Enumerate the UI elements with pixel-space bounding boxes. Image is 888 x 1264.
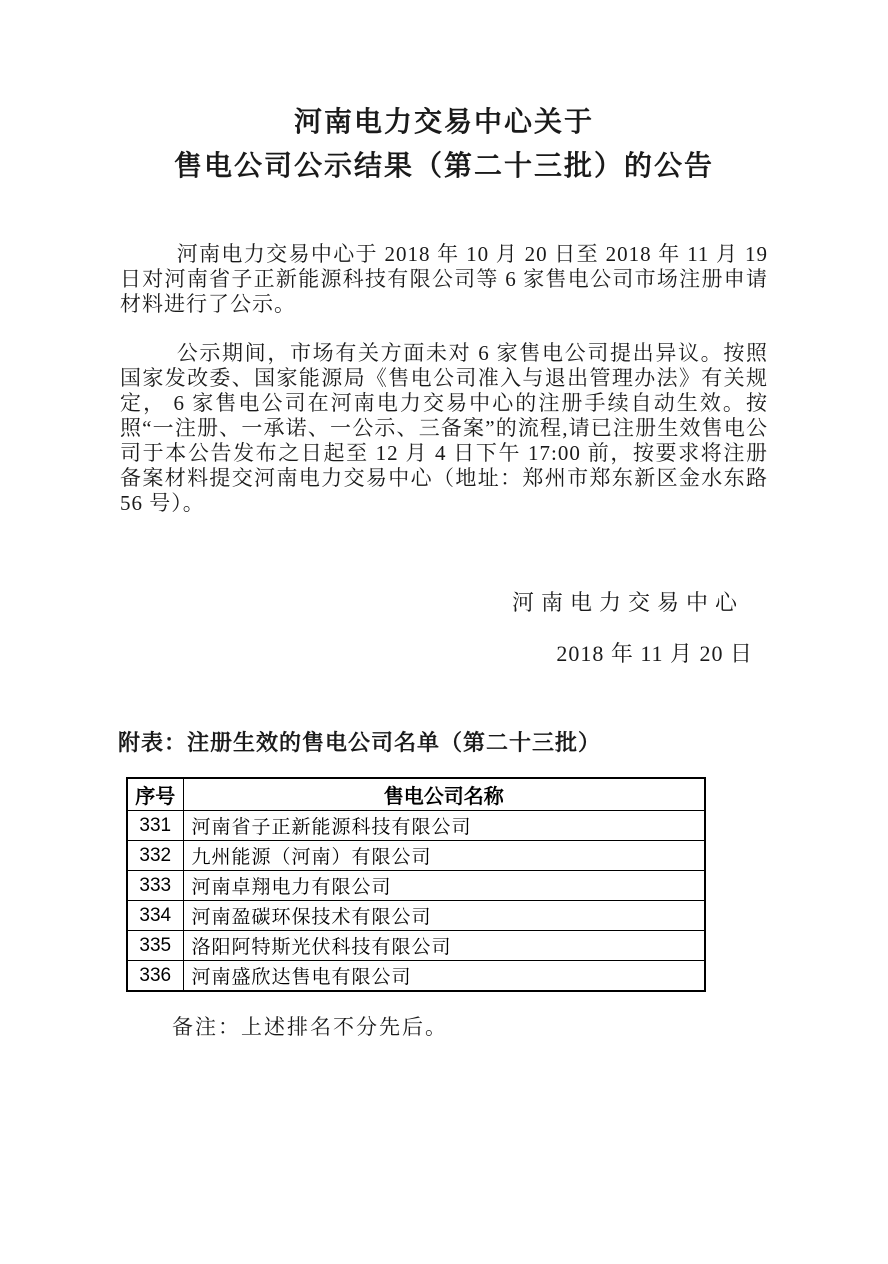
serial-number: 336 <box>127 961 183 992</box>
table-row: 335 洛阳阿特斯光伏科技有限公司 <box>127 931 705 961</box>
company-name: 洛阳阿特斯光伏科技有限公司 <box>183 931 705 961</box>
company-name: 河南卓翔电力有限公司 <box>183 871 705 901</box>
table-header-row: 序号 售电公司名称 <box>127 778 705 811</box>
paragraph-registration-effective: 公示期间，市场有关方面未对 6 家售电公司提出异议。按照国家发改委、国家能源局《… <box>120 341 768 516</box>
paragraph-public-notice-period: 河南电力交易中心于 2018 年 10 月 20 日至 2018 年 11 月 … <box>120 242 768 317</box>
company-name: 河南省子正新能源科技有限公司 <box>183 811 705 841</box>
signature-date: 2018 年 11 月 20 日 <box>0 641 888 666</box>
serial-number: 332 <box>127 841 183 871</box>
column-header-serial: 序号 <box>127 778 183 811</box>
signature-org: 河南电力交易中心 <box>0 590 888 615</box>
doc-title-line-1: 河南电力交易中心关于 <box>0 0 888 138</box>
table-row: 336 河南盛欣达售电有限公司 <box>127 961 705 992</box>
doc-title-line-2: 售电公司公示结果（第二十三批）的公告 <box>0 150 888 182</box>
company-name: 九州能源（河南）有限公司 <box>183 841 705 871</box>
appendix-title: 附表：注册生效的售电公司名单（第二十三批） <box>118 728 888 758</box>
table-row: 332 九州能源（河南）有限公司 <box>127 841 705 871</box>
footnote: 备注：上述排名不分先后。 <box>172 1015 888 1040</box>
company-name: 河南盛欣达售电有限公司 <box>183 961 705 992</box>
table-row: 331 河南省子正新能源科技有限公司 <box>127 811 705 841</box>
serial-number: 334 <box>127 901 183 931</box>
company-table: 序号 售电公司名称 331 河南省子正新能源科技有限公司 332 九州能源（河南… <box>126 777 706 992</box>
company-name: 河南盈碳环保技术有限公司 <box>183 901 705 931</box>
serial-number: 333 <box>127 871 183 901</box>
table-row: 334 河南盈碳环保技术有限公司 <box>127 901 705 931</box>
serial-number: 335 <box>127 931 183 961</box>
serial-number: 331 <box>127 811 183 841</box>
column-header-company-name: 售电公司名称 <box>183 778 705 811</box>
announcement-page: 河南电力交易中心关于 售电公司公示结果（第二十三批）的公告 河南电力交易中心于 … <box>0 0 888 1264</box>
table-row: 333 河南卓翔电力有限公司 <box>127 871 705 901</box>
